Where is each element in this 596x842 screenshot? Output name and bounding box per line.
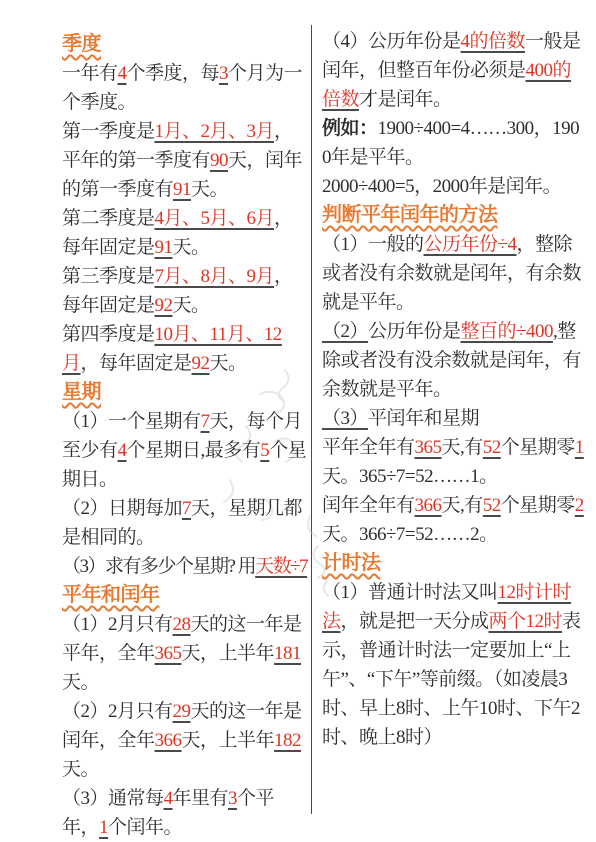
text-run: （3）求有多少个星期? 用 (62, 556, 255, 577)
paragraph: 平年全年有365天,有52个星期零1天。365÷7=52……1。 (322, 433, 584, 491)
text-run: 天。 (62, 672, 99, 693)
text-run: （1）一般的 (322, 234, 424, 255)
paragraph: （3）通常每4年里有3个平年，1个闰年。 (62, 784, 307, 842)
highlighted-text: 90 (210, 150, 228, 171)
text-run: 个闰年。 (108, 817, 182, 838)
highlighted-text: 4 (118, 63, 127, 84)
text-run: （1）一个星期有 (62, 411, 201, 432)
text-run: 公历年份是 (368, 321, 461, 342)
text-run: 天,有 (442, 495, 483, 516)
highlighted-text: 52 (483, 495, 501, 516)
highlighted-text: 29 (173, 701, 191, 722)
text-run: 天。 (173, 295, 210, 316)
text-run: 天。366÷7=52……2。 (322, 524, 498, 545)
text-run: 例如： (322, 118, 378, 139)
highlighted-text: 28 (173, 614, 191, 635)
highlighted-text: 1月、2月、3月 (155, 121, 275, 142)
highlighted-text: 1 (575, 437, 584, 458)
text-run: 第三季度是 (62, 266, 155, 287)
text-run: （2）2月只有 (62, 701, 173, 722)
highlighted-text: 7 (201, 411, 210, 432)
text-run: （3）通常每 (62, 788, 164, 809)
text-run: 闰年全年有 (322, 495, 415, 516)
text-run: 2000÷400=5，2000年是闰年。 (322, 176, 561, 197)
text-run: （1）普通计时法又叫 (322, 582, 498, 603)
highlighted-text: 52 (483, 437, 501, 458)
text-run: 第一季度是 (62, 121, 155, 142)
highlighted-text: 365 (415, 437, 442, 458)
paragraph: 第一季度是1月、2月、3月，平年的第一季度有90天，闰年的第一季度有91天。 (62, 117, 307, 204)
text-run: 天,有 (442, 437, 483, 458)
text-run: 第四季度是 (62, 324, 155, 345)
paragraph: 第三季度是7月、8月、9月，每年固定是92天。 (62, 262, 307, 320)
highlighted-text: 7月、8月、9月 (155, 266, 275, 287)
highlighted-text: 2 (575, 495, 584, 516)
text-run: 一年有 (62, 63, 118, 84)
highlighted-text: 4的倍数 (461, 31, 526, 52)
highlighted-text: 365 (155, 643, 182, 664)
text-run: 天，上半年 (182, 730, 275, 751)
section-heading: 计时法 (322, 549, 584, 578)
text-run: 第二季度是 (62, 208, 155, 229)
section-heading: 平年和闰年 (62, 581, 307, 610)
paragraph: （1）一般的公历年份÷4，整除或者没有余数就是闰年，有余数就是平年。 (322, 230, 584, 317)
highlighted-text: 366 (415, 495, 442, 516)
column-divider (311, 25, 312, 814)
text-run: 个星期日,最多有 (127, 440, 261, 461)
text-run: 天，上半年 (182, 643, 275, 664)
text-run: ，就是把一天分成 (341, 611, 489, 632)
paragraph: （3）求有多少个星期? 用天数÷7 (62, 552, 307, 581)
paragraph: （1）普通计时法又叫12时计时法，就是把一天分成两个12时表示，普通计时法一定要… (322, 578, 584, 752)
highlighted-text: 4 (118, 440, 127, 461)
text-run: （2） (322, 321, 368, 342)
section-heading: 星期 (62, 378, 307, 407)
highlighted-text: 4月、5月、6月 (155, 208, 275, 229)
highlighted-text: 92 (155, 295, 173, 316)
text-run: 才是闰年。 (359, 89, 452, 110)
paragraph: （1）2月只有28天的这一年是平年，全年365天，上半年181天。 (62, 610, 307, 697)
highlighted-text: 公历年份÷4 (424, 234, 517, 255)
paragraph: （2）日期每加7天，星期几都是相同的。 (62, 494, 307, 552)
paragraph: （1）一个星期有7天，每个月至少有4个星期日,最多有5个星期日。 (62, 407, 307, 494)
paragraph: 闰年全年有366天,有52个星期零2天。366÷7=52……2。 (322, 491, 584, 549)
highlighted-text: 3 (219, 63, 228, 84)
section-heading: 季度 (62, 30, 307, 59)
text-run: （1）2月只有 (62, 614, 173, 635)
document-page: 季度一年有4个季度，每3个月为一个季度。第一季度是1月、2月、3月，平年的第一季… (0, 0, 596, 842)
text-run: 年里有 (173, 788, 229, 809)
paragraph: 第四季度是10月、11月、12月，每年固定是92天。 (62, 320, 307, 378)
paragraph: 一年有4个季度，每3个月为一个季度。 (62, 59, 307, 117)
text-run: ，每年固定是 (81, 353, 192, 374)
text-run: （4）公历年份是 (322, 31, 461, 52)
highlighted-text: 3 (228, 788, 237, 809)
right-column: （4）公历年份是4的倍数一般是闰年，但整百年份必须是400的倍数才是闰年。例如：… (322, 27, 584, 752)
highlighted-text: 两个12时 (489, 611, 563, 632)
text-run: （2）日期每加 (62, 498, 182, 519)
paragraph: 例如：1900÷400=4……300，1900年是平年。 (322, 114, 584, 172)
highlighted-text: 366 (155, 730, 182, 751)
text-run: 个星期零 (501, 437, 575, 458)
text-run: 天。 (173, 237, 210, 258)
paragraph: （4）公历年份是4的倍数一般是闰年，但整百年份必须是400的倍数才是闰年。 (322, 27, 584, 114)
paragraph: （3）平闰年和星期 (322, 404, 584, 433)
highlighted-text: 92 (192, 353, 210, 374)
highlighted-text: 91 (155, 237, 173, 258)
highlighted-text: 天数÷7 (255, 556, 307, 577)
text-run: 天。 (210, 353, 247, 374)
text-run: 平闰年和星期 (368, 408, 479, 429)
text-run: 天。 (191, 179, 228, 200)
highlighted-text: 5 (260, 440, 269, 461)
paragraph: （2）公历年份是整百的÷400,整除或者没有没余数就是闰年，有余数就是平年。 (322, 317, 584, 404)
highlighted-text: 182 (274, 730, 301, 751)
text-run: 天。 (62, 759, 99, 780)
text-run: （3） (322, 408, 368, 429)
left-column: 季度一年有4个季度，每3个月为一个季度。第一季度是1月、2月、3月，平年的第一季… (62, 30, 307, 842)
text-run: 天。365÷7=52……1。 (322, 466, 498, 487)
text-run: 个季度，每 (127, 63, 220, 84)
highlighted-text: 1 (99, 817, 108, 838)
highlighted-text: 181 (274, 643, 301, 664)
paragraph: 2000÷400=5，2000年是闰年。 (322, 172, 584, 201)
highlighted-text: 整百的÷400 (461, 321, 553, 342)
text-run: 平年全年有 (322, 437, 415, 458)
paragraph: （2）2月只有29天的这一年是闰年，全年366天，上半年182天。 (62, 697, 307, 784)
highlighted-text: 7 (182, 498, 191, 519)
highlighted-text: 4 (164, 788, 173, 809)
paragraph: 第二季度是4月、5月、6月，每年固定是91天。 (62, 204, 307, 262)
text-run: 个星期零 (501, 495, 575, 516)
highlighted-text: 91 (173, 179, 191, 200)
section-heading: 判断平年闰年的方法 (322, 201, 584, 230)
